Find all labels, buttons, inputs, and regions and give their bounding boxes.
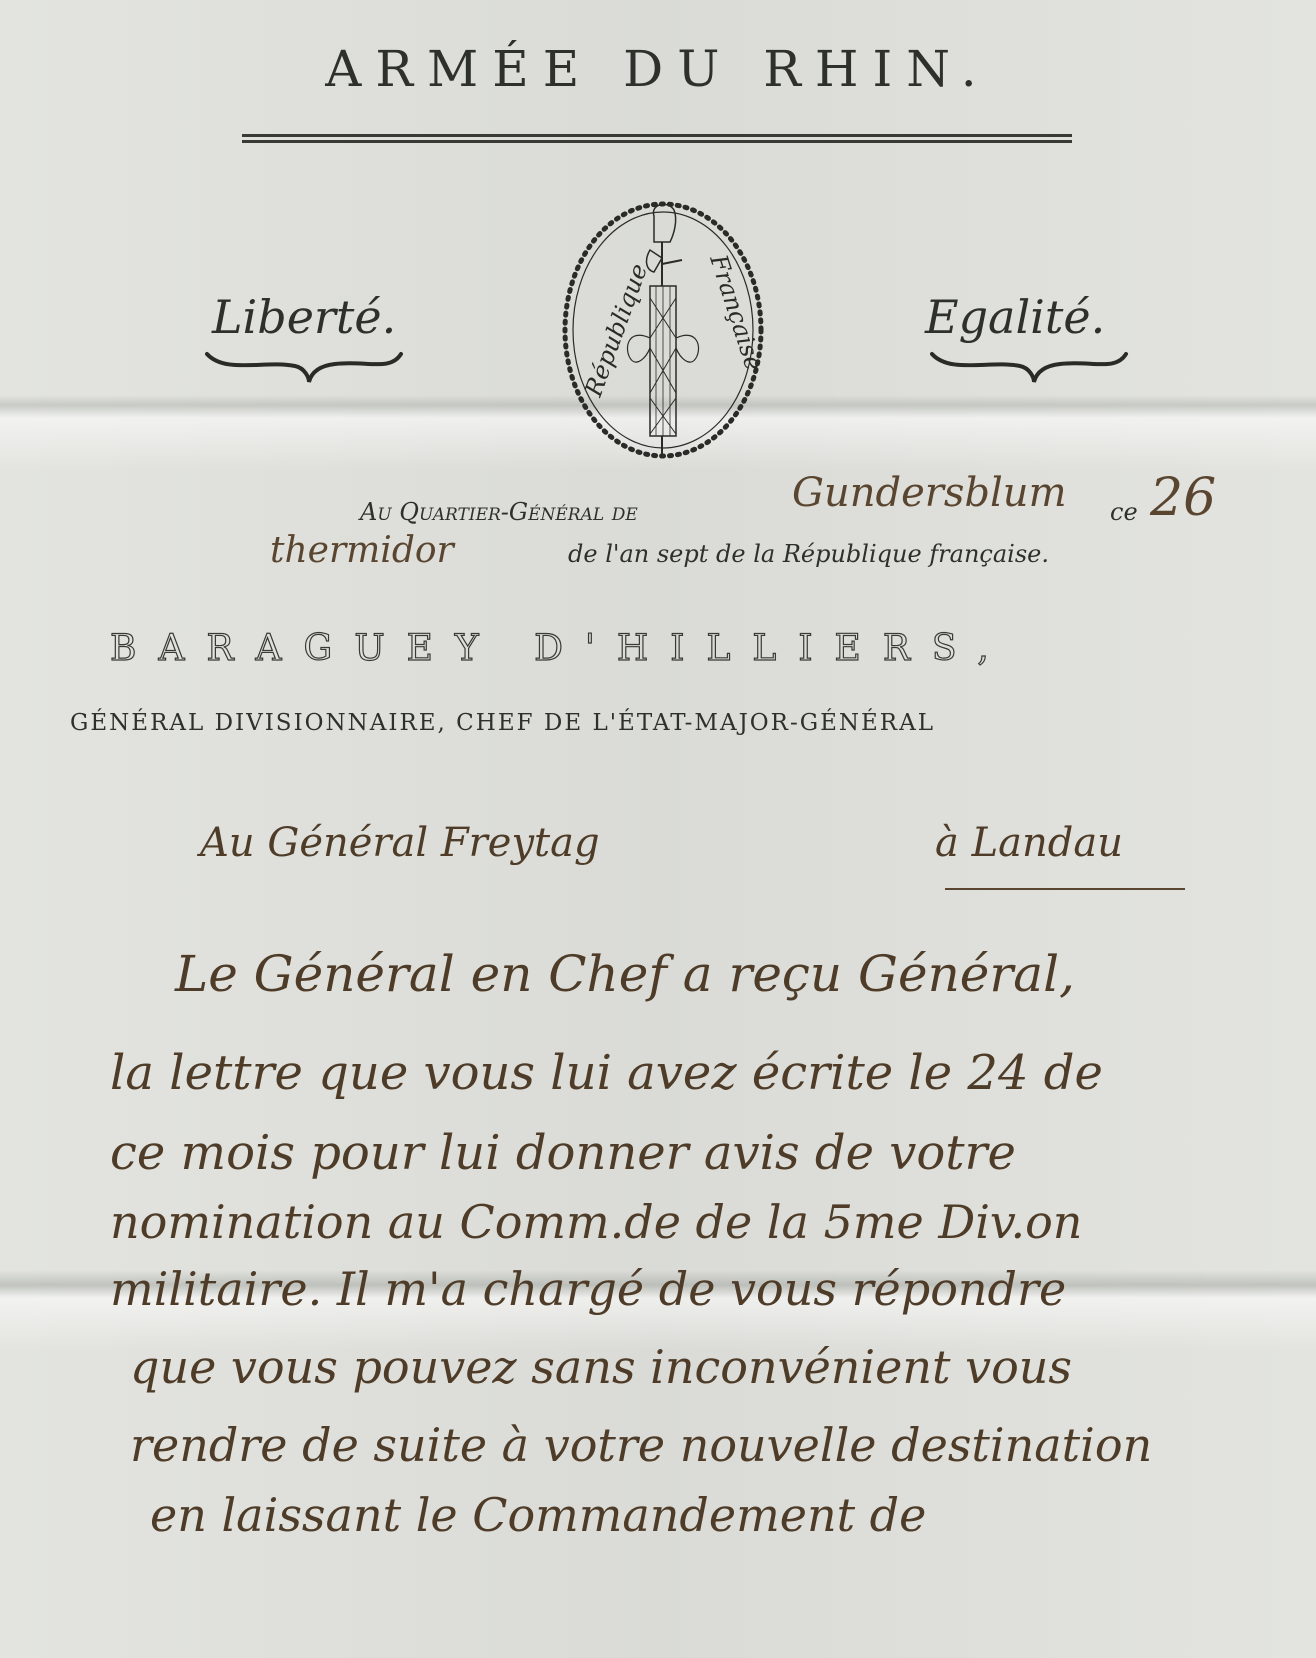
destination-underline [945, 888, 1185, 890]
headquarters-ce: ce [1110, 498, 1138, 526]
body-line-7: rendre de suite à votre nouvelle destina… [130, 1418, 1152, 1472]
body-line-4: nomination au Comm.de de la 5me Div.on [110, 1195, 1082, 1249]
motto-liberte: Liberté. [212, 290, 396, 344]
body-line-2: la lettre que vous lui avez écrite le 24… [110, 1045, 1103, 1101]
sender-rank: GÉNÉRAL DIVISIONNAIRE, CHEF DE L'ÉTAT-MA… [70, 710, 1270, 736]
emblem-text-republique: République [579, 260, 653, 401]
body-line-5: militaire. Il m'a chargé de vous répondr… [110, 1262, 1066, 1316]
brace-ornament-right [930, 350, 1130, 390]
addressee-line: Au Général Freytag [200, 820, 600, 866]
motto-egalite: Egalité. [925, 290, 1105, 344]
title-double-rule [242, 134, 1072, 143]
republic-year-line: de l'an sept de la République française. [568, 540, 1049, 568]
handwritten-day: 26 [1150, 468, 1216, 528]
brace-ornament-left [205, 350, 405, 390]
handwritten-month: thermidor [270, 530, 454, 571]
body-line-3: ce mois pour lui donner avis de votre [110, 1125, 1016, 1181]
body-line-6: que vous pouvez sans inconvénient vous [130, 1340, 1072, 1394]
fasces-with-phrygian-cap-icon: République Française [558, 198, 768, 463]
letterhead-title: ARMÉE DU RHIN. [0, 40, 1316, 98]
addressee-destination: à Landau [935, 820, 1123, 866]
headquarters-line: Au Quartier-Général de [360, 498, 638, 526]
headquarters-prefix: Au Quartier-Général de [360, 498, 638, 526]
body-line-8: en laissant le Commandement de [150, 1488, 926, 1542]
body-line-1: Le Général en Chef a reçu Général, [175, 945, 1075, 1003]
sender-name: BARAGUEY D'HILLIERS, [110, 628, 1210, 669]
handwritten-place: Gundersblum [792, 470, 1067, 516]
